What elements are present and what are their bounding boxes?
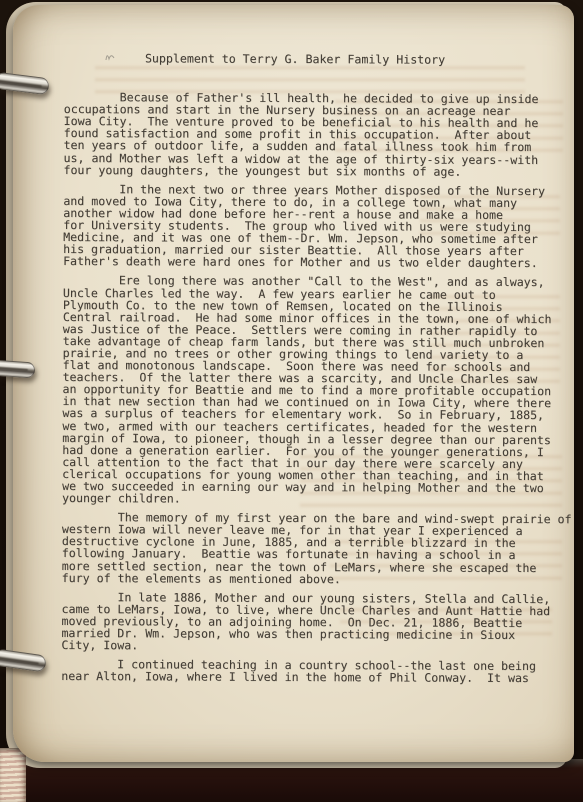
binder-ring-middle: [0, 359, 36, 378]
typewritten-content: Supplement to Terry G. Baker Family Hist…: [61, 52, 576, 685]
paragraph-6: I continued teaching in a country school…: [61, 658, 573, 684]
paragraph-2: In the next two or three years Mother di…: [63, 183, 575, 270]
paragraph-1: Because of Father's ill health, he decid…: [63, 91, 575, 178]
paragraph-3: Ere long there was another "Call to the …: [62, 274, 575, 506]
document-page: Supplement to Terry G. Baker Family Hist…: [13, 5, 574, 762]
binder-page-photo: Supplement to Terry G. Baker Family Hist…: [0, 0, 583, 802]
page-stack-edge: [0, 748, 26, 802]
paragraph-4: The memory of my first year on the bare …: [62, 511, 574, 586]
paragraph-5: In late 1886, Mother and our young siste…: [61, 591, 573, 654]
document-body: Because of Father's ill health, he decid…: [61, 91, 576, 685]
page-title: Supplement to Terry G. Baker Family Hist…: [145, 52, 576, 66]
